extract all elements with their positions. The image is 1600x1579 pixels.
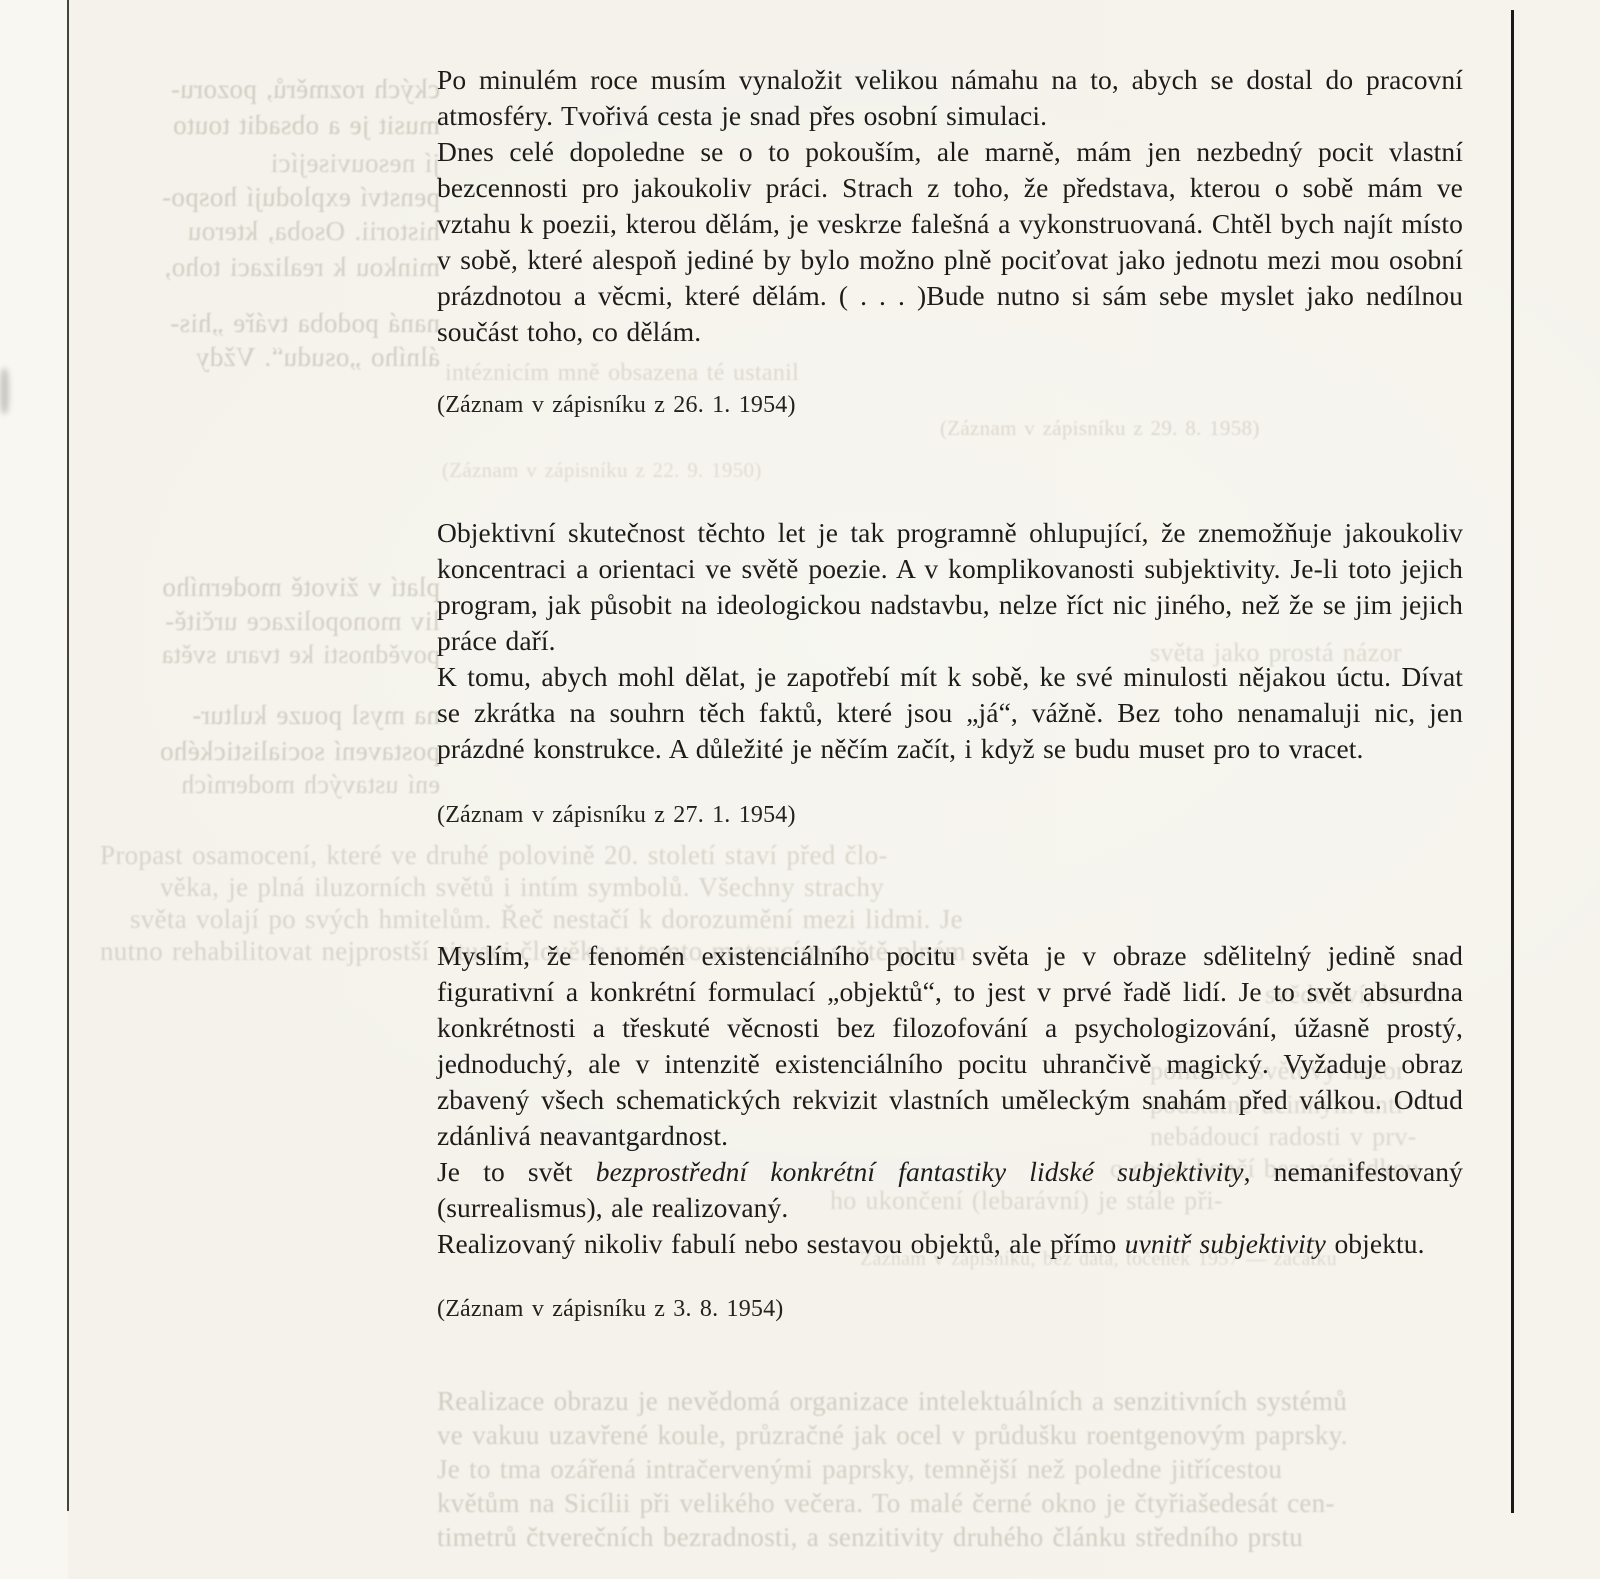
text-run: Po minulém roce musím vynaložit velikou … <box>437 64 1463 131</box>
entry-citation: (Záznam v zápisníku z 27. 1. 1954) <box>437 800 796 830</box>
italic-text-run: uvnitř subjektivity <box>1125 1228 1326 1259</box>
scanned-book-page: ckých rozměrů, pozoru-musit je a obsadit… <box>0 0 1600 1579</box>
text-run: Myslím, že fenomén existenciálního pocit… <box>437 940 1463 1151</box>
text-run: Objektivní skutečnost těchto let je tak … <box>437 517 1463 656</box>
text-run: Je to svět <box>437 1156 596 1187</box>
entry-citation: (Záznam v zápisníku z 3. 8. 1954) <box>437 1294 784 1324</box>
text-run: K tomu, abych mohl dělat, je zapotřebí m… <box>437 661 1463 764</box>
text-run: Realizovaný nikoliv fabulí nebo sestavou… <box>437 1228 1125 1259</box>
entry-paragraph: Po minulém roce musím vynaložit velikou … <box>437 62 1463 134</box>
entry-paragraph: Myslím, že fenomén existenciálního pocit… <box>437 938 1463 1154</box>
entry-paragraph: Realizovaný nikoliv fabulí nebo sestavou… <box>437 1226 1463 1262</box>
entry-paragraph: Objektivní skutečnost těchto let je tak … <box>437 515 1463 659</box>
text-column: Po minulém roce musím vynaložit velikou … <box>0 0 1600 1579</box>
entry-text: Objektivní skutečnost těchto let je tak … <box>437 515 1463 767</box>
text-run: Dnes celé dopoledne se o to pokouším, al… <box>437 136 1463 347</box>
entry-citation: (Záznam v zápisníku z 26. 1. 1954) <box>437 390 796 420</box>
entry-paragraph: Dnes celé dopoledne se o to pokouším, al… <box>437 134 1463 350</box>
entry-text: Myslím, že fenomén existenciálního pocit… <box>437 938 1463 1262</box>
italic-text-run: bezprostřední konkrétní fantastiky lidsk… <box>596 1156 1244 1187</box>
entry-paragraph: Je to svět bezprostřední konkrétní fanta… <box>437 1154 1463 1226</box>
entry-paragraph: K tomu, abych mohl dělat, je zapotřebí m… <box>437 659 1463 767</box>
text-run: objektu. <box>1326 1228 1425 1259</box>
entry-text: Po minulém roce musím vynaložit velikou … <box>437 62 1463 350</box>
